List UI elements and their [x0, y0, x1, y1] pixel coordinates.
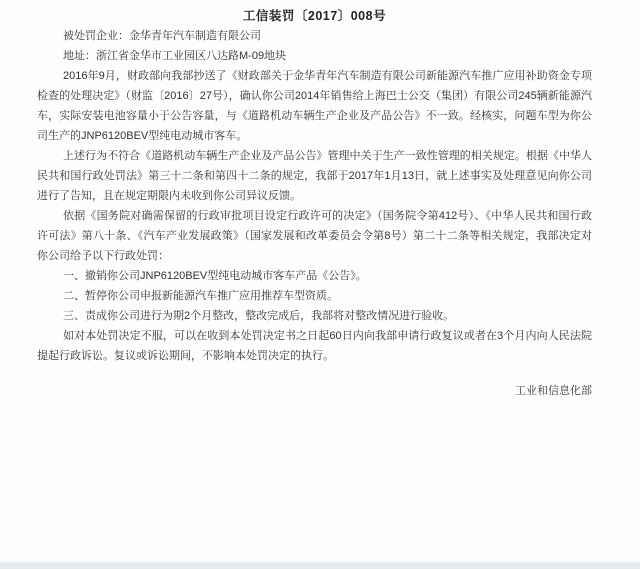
penalized-company-line: 被处罚企业：金华青年汽车制造有限公司: [37, 26, 592, 46]
paragraph-appeal-rights: 如对本处罚决定不服，可以在收到本处罚决定书之日起60日内向我部申请行政复议或者在…: [37, 326, 592, 366]
paragraph-violation-finding: 上述行为不符合《道路机动车辆生产企业及产品公告》管理中关于生产一致性管理的相关规…: [37, 146, 592, 206]
penalty-document-page: 工信装罚〔2017〕008号 被处罚企业：金华青年汽车制造有限公司 地址：浙江省…: [0, 0, 640, 569]
issuing-authority-signature: 工业和信息化部: [37, 381, 592, 401]
document-number-title: 工信装罚〔2017〕008号: [37, 6, 592, 26]
paragraph-case-background: 2016年9月，财政部向我部抄送了《财政部关于金华青年汽车制造有限公司新能源汽车…: [37, 66, 592, 146]
page-bottom-divider: [0, 563, 640, 569]
paragraph-legal-basis: 依据《国务院对确需保留的行政审批项目设定行政许可的决定》（国务院令第412号）、…: [37, 206, 592, 266]
company-address-line: 地址：浙江省金华市工业园区八达路M-09地块: [37, 46, 592, 66]
penalty-item-revoke-announcement: 一、撤销你公司JNP6120BEV型纯电动城市客车产品《公告》。: [37, 266, 592, 286]
penalty-item-rectification: 三、责成你公司进行为期2个月整改，整改完成后，我部将对整改情况进行验收。: [37, 306, 592, 326]
penalty-item-suspend-qualification: 二、暂停你公司申报新能源汽车推广应用推荐车型资质。: [37, 286, 592, 306]
